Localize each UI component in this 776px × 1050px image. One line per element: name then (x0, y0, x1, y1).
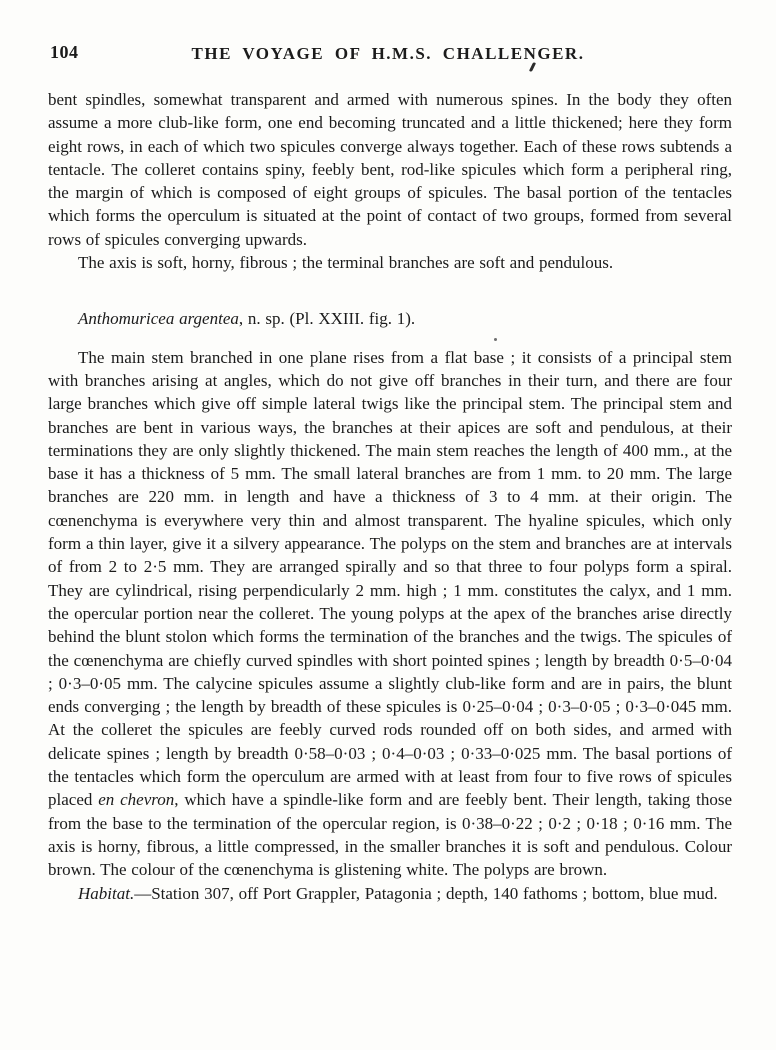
page-body: bent spindles, somewhat transparent and … (48, 88, 732, 905)
species-heading-rest: , n. sp. (Pl. XXIII. fig. 1). (239, 309, 415, 328)
paragraph-description: The main stem branched in one plane rise… (48, 346, 732, 882)
en-chevron-term: en chevron (98, 790, 174, 809)
paragraph-spicules-continuation: bent spindles, somewhat transparent and … (48, 88, 732, 251)
scanned-book-page: 104 THE VOYAGE OF H.M.S. CHALLENGER. ben… (0, 0, 776, 1050)
habitat-text: —Station 307, off Port Grappler, Patagon… (134, 884, 717, 903)
habitat-label: Habitat. (78, 884, 134, 903)
species-name: Anthomuricea argentea (78, 309, 239, 328)
paragraph-habitat: Habitat.—Station 307, off Port Grappler,… (48, 882, 732, 905)
species-heading: Anthomuricea argentea, n. sp. (Pl. XXIII… (48, 307, 732, 330)
description-part-1: The main stem branched in one plane rise… (48, 348, 732, 810)
paragraph-axis: The axis is soft, horny, fibrous ; the t… (48, 251, 732, 274)
running-title: THE VOYAGE OF H.M.S. CHALLENGER. (0, 44, 776, 64)
